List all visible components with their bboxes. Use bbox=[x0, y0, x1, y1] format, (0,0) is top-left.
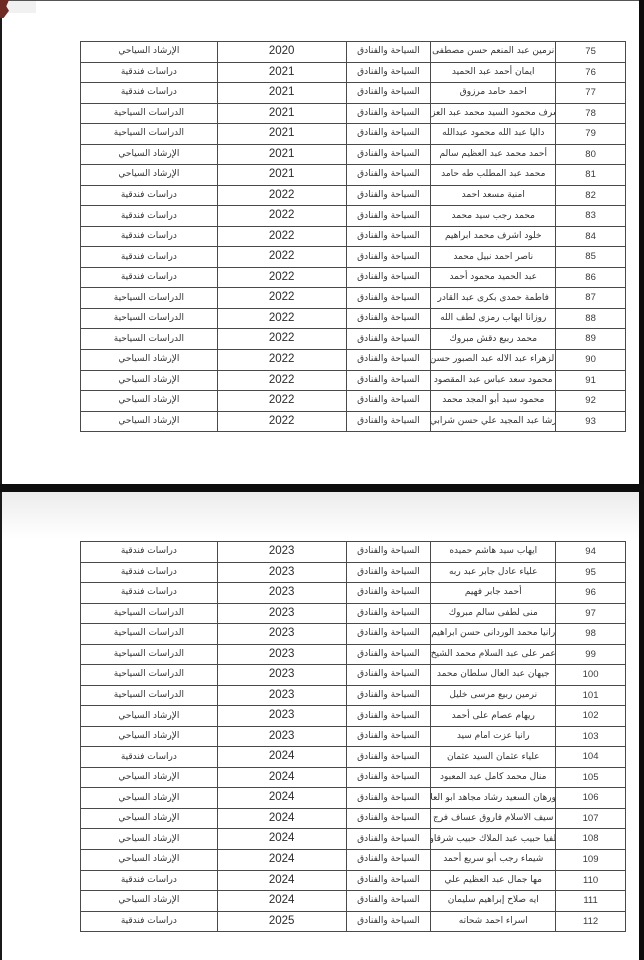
table-row: 105منال محمد كامل عبد المعبودالسياحة وال… bbox=[81, 768, 625, 789]
serial-cell: 85 bbox=[555, 247, 625, 267]
table-row: 87فاطمة حمدى بكرى عبد القادرالسياحة والف… bbox=[81, 288, 625, 309]
serial-cell: 81 bbox=[555, 165, 625, 185]
student-name-cell: محمد رجب سيد محمد bbox=[430, 206, 555, 226]
faculty-cell: السياحة والفنادق bbox=[346, 706, 431, 726]
serial-cell: 94 bbox=[555, 542, 625, 562]
faculty-cell: السياحة والفنادق bbox=[346, 891, 431, 911]
student-name-cell: ايمان أحمد عبد الحميد bbox=[430, 63, 555, 83]
specialty-cell: دراسات فندقية bbox=[81, 912, 217, 932]
student-name-cell: خلود اشرف محمد ابراهيم bbox=[430, 227, 555, 247]
year-cell: 2022 bbox=[217, 186, 346, 206]
student-name-cell: الزهراء عبد الاله عبد الصبور حسن bbox=[430, 350, 555, 370]
specialty-cell: الإرشاد السياحي bbox=[81, 42, 217, 62]
table-row: 100جيهان عبد العال سلطان محمدالسياحة وال… bbox=[81, 665, 625, 686]
table-row: 111ايه صلاح إبراهيم سليمانالسياحة والفنا… bbox=[81, 891, 625, 912]
serial-cell: 103 bbox=[555, 727, 625, 747]
page-top-edge bbox=[0, 0, 644, 1]
year-cell: 2024 bbox=[217, 850, 346, 870]
faculty-cell: السياحة والفنادق bbox=[346, 268, 431, 288]
faculty-cell: السياحة والفنادق bbox=[346, 850, 431, 870]
table-row: 110مها جمال عبد العظيم عليالسياحة والفنا… bbox=[81, 871, 625, 892]
student-name-cell: روزانا ايهاب رمزى لطف الله bbox=[430, 309, 555, 329]
student-name-cell: أحمد محمد عبد العظيم سالم bbox=[430, 145, 555, 165]
serial-cell: 97 bbox=[555, 604, 625, 624]
year-cell: 2023 bbox=[217, 604, 346, 624]
table-row: 88روزانا ايهاب رمزى لطف اللهالسياحة والف… bbox=[81, 309, 625, 330]
faculty-cell: السياحة والفنادق bbox=[346, 604, 431, 624]
faculty-cell: السياحة والفنادق bbox=[346, 165, 431, 185]
faculty-cell: السياحة والفنادق bbox=[346, 391, 431, 411]
student-name-cell: أشرف محمود السيد محمد عبد العزيز bbox=[430, 104, 555, 124]
year-cell: 2022 bbox=[217, 309, 346, 329]
specialty-cell: الدراسات السياحية bbox=[81, 686, 217, 706]
specialty-cell: الدراسات السياحية bbox=[81, 604, 217, 624]
serial-cell: 82 bbox=[555, 186, 625, 206]
specialty-cell: دراسات فندقية bbox=[81, 583, 217, 603]
table-row: 107سيف الاسلام فاروق عساف فرجالسياحة وال… bbox=[81, 809, 625, 830]
year-cell: 2022 bbox=[217, 391, 346, 411]
student-name-cell: منى لطفى سالم مبروك bbox=[430, 604, 555, 624]
year-cell: 2022 bbox=[217, 227, 346, 247]
student-name-cell: جيهان عبد العال سلطان محمد bbox=[430, 665, 555, 685]
table-row: 103رانيا عزت امام سيدالسياحة والفنادق202… bbox=[81, 727, 625, 748]
serial-cell: 101 bbox=[555, 686, 625, 706]
table-row: 93رشا عبد المجيد علي حسن شرابيالسياحة وا… bbox=[81, 412, 625, 432]
graduates-table-upper: 75نرمين عبد المنعم حسن مصطفىالسياحة والف… bbox=[80, 41, 626, 432]
student-name-cell: امنية مسعد احمد bbox=[430, 186, 555, 206]
faculty-cell: السياحة والفنادق bbox=[346, 206, 431, 226]
specialty-cell: الإرشاد السياحي bbox=[81, 145, 217, 165]
table-row: 99عمر على عبد السلام محمد الشيخالسياحة و… bbox=[81, 645, 625, 666]
specialty-cell: الإرشاد السياحي bbox=[81, 829, 217, 849]
specialty-cell: الإرشاد السياحي bbox=[81, 371, 217, 391]
faculty-cell: السياحة والفنادق bbox=[346, 542, 431, 562]
student-name-cell: سلفيا حبيب عبد الملاك حبيب شرقاوى bbox=[430, 829, 555, 849]
serial-cell: 96 bbox=[555, 583, 625, 603]
student-name-cell: محمود سعد عباس عبد المقصود bbox=[430, 371, 555, 391]
specialty-cell: دراسات فندقية bbox=[81, 83, 217, 103]
serial-cell: 79 bbox=[555, 124, 625, 144]
faculty-cell: السياحة والفنادق bbox=[346, 809, 431, 829]
faculty-cell: السياحة والفنادق bbox=[346, 63, 431, 83]
student-name-cell: اسراء احمد شحاته bbox=[430, 912, 555, 932]
table-row: 78أشرف محمود السيد محمد عبد العزيزالسياح… bbox=[81, 104, 625, 125]
table-row: 102ريهام عصام على أحمدالسياحة والفنادق20… bbox=[81, 706, 625, 727]
faculty-cell: السياحة والفنادق bbox=[346, 768, 431, 788]
faculty-cell: السياحة والفنادق bbox=[346, 747, 431, 767]
serial-cell: 100 bbox=[555, 665, 625, 685]
year-cell: 2021 bbox=[217, 165, 346, 185]
student-name-cell: رانيا عزت امام سيد bbox=[430, 727, 555, 747]
year-cell: 2024 bbox=[217, 768, 346, 788]
table-row: 80أحمد محمد عبد العظيم سالمالسياحة والفن… bbox=[81, 145, 625, 166]
faculty-cell: السياحة والفنادق bbox=[346, 665, 431, 685]
serial-cell: 98 bbox=[555, 624, 625, 644]
specialty-cell: الإرشاد السياحي bbox=[81, 412, 217, 432]
specialty-cell: دراسات فندقية bbox=[81, 186, 217, 206]
serial-cell: 78 bbox=[555, 104, 625, 124]
year-cell: 2024 bbox=[217, 891, 346, 911]
student-name-cell: ريهام عصام على أحمد bbox=[430, 706, 555, 726]
serial-cell: 77 bbox=[555, 83, 625, 103]
specialty-cell: الدراسات السياحية bbox=[81, 624, 217, 644]
faculty-cell: السياحة والفنادق bbox=[346, 788, 431, 808]
year-cell: 2021 bbox=[217, 63, 346, 83]
faculty-cell: السياحة والفنادق bbox=[346, 329, 431, 349]
specialty-cell: الإرشاد السياحي bbox=[81, 850, 217, 870]
serial-cell: 87 bbox=[555, 288, 625, 308]
year-cell: 2022 bbox=[217, 268, 346, 288]
specialty-cell: الدراسات السياحية bbox=[81, 645, 217, 665]
specialty-cell: الإرشاد السياحي bbox=[81, 350, 217, 370]
table-row: 112اسراء احمد شحاتهالسياحة والفنادق2025د… bbox=[81, 912, 625, 932]
student-name-cell: منال محمد كامل عبد المعبود bbox=[430, 768, 555, 788]
faculty-cell: السياحة والفنادق bbox=[346, 83, 431, 103]
serial-cell: 105 bbox=[555, 768, 625, 788]
table-row: 92محمود سيد أبو المجد محمدالسياحة والفنا… bbox=[81, 391, 625, 412]
year-cell: 2023 bbox=[217, 686, 346, 706]
table-row: 95علياء عادل جابر عبد ربهالسياحة والفناد… bbox=[81, 563, 625, 584]
year-cell: 2023 bbox=[217, 665, 346, 685]
serial-cell: 92 bbox=[555, 391, 625, 411]
faculty-cell: السياحة والفنادق bbox=[346, 624, 431, 644]
faculty-cell: السياحة والفنادق bbox=[346, 124, 431, 144]
year-cell: 2022 bbox=[217, 329, 346, 349]
student-name-cell: احمد حامد مرزوق bbox=[430, 83, 555, 103]
faculty-cell: السياحة والفنادق bbox=[346, 104, 431, 124]
specialty-cell: الإرشاد السياحي bbox=[81, 891, 217, 911]
table-row: 106نورهان السعيد رشاد مجاهد ابو العلاالس… bbox=[81, 788, 625, 809]
serial-cell: 111 bbox=[555, 891, 625, 911]
year-cell: 2024 bbox=[217, 747, 346, 767]
specialty-cell: الدراسات السياحية bbox=[81, 665, 217, 685]
table-row: 104علياء عثمان السيد عثمانالسياحة والفنا… bbox=[81, 747, 625, 768]
faculty-cell: السياحة والفنادق bbox=[346, 288, 431, 308]
faculty-cell: السياحة والفنادق bbox=[346, 645, 431, 665]
table-row: 75نرمين عبد المنعم حسن مصطفىالسياحة والف… bbox=[81, 42, 625, 63]
year-cell: 2022 bbox=[217, 412, 346, 432]
faculty-cell: السياحة والفنادق bbox=[346, 371, 431, 391]
faculty-cell: السياحة والفنادق bbox=[346, 186, 431, 206]
table-row: 94ايهاب سيد هاشم حميدهالسياحة والفنادق20… bbox=[81, 542, 625, 563]
faculty-cell: السياحة والفنادق bbox=[346, 829, 431, 849]
serial-cell: 90 bbox=[555, 350, 625, 370]
serial-cell: 106 bbox=[555, 788, 625, 808]
specialty-cell: دراسات فندقية bbox=[81, 268, 217, 288]
serial-cell: 107 bbox=[555, 809, 625, 829]
year-cell: 2022 bbox=[217, 350, 346, 370]
year-cell: 2023 bbox=[217, 563, 346, 583]
serial-cell: 99 bbox=[555, 645, 625, 665]
student-name-cell: رانيا محمد الوردانى حسن ابراهيم bbox=[430, 624, 555, 644]
serial-cell: 104 bbox=[555, 747, 625, 767]
table-row: 76ايمان أحمد عبد الحميدالسياحة والفنادق2… bbox=[81, 63, 625, 84]
specialty-cell: دراسات فندقية bbox=[81, 227, 217, 247]
faculty-cell: السياحة والفنادق bbox=[346, 309, 431, 329]
serial-cell: 95 bbox=[555, 563, 625, 583]
student-name-cell: عبد الحميد محمود أحمد bbox=[430, 268, 555, 288]
table-row: 79داليا عبد الله محمود عبداللهالسياحة وا… bbox=[81, 124, 625, 145]
table-row: 96أحمد جابر فهيمالسياحة والفنادق2023دراس… bbox=[81, 583, 625, 604]
year-cell: 2023 bbox=[217, 645, 346, 665]
year-cell: 2022 bbox=[217, 288, 346, 308]
faculty-cell: السياحة والفنادق bbox=[346, 227, 431, 247]
table-row: 89محمد ربيع دقش مبروكالسياحة والفنادق202… bbox=[81, 329, 625, 350]
specialty-cell: دراسات فندقية bbox=[81, 63, 217, 83]
table-row: 85ناصر احمد نبيل محمدالسياحة والفنادق202… bbox=[81, 247, 625, 268]
faculty-cell: السياحة والفنادق bbox=[346, 727, 431, 747]
year-cell: 2022 bbox=[217, 371, 346, 391]
student-name-cell: داليا عبد الله محمود عبدالله bbox=[430, 124, 555, 144]
faculty-cell: السياحة والفنادق bbox=[346, 350, 431, 370]
table-row: 98رانيا محمد الوردانى حسن ابراهيمالسياحة… bbox=[81, 624, 625, 645]
specialty-cell: دراسات فندقية bbox=[81, 747, 217, 767]
serial-cell: 83 bbox=[555, 206, 625, 226]
serial-cell: 86 bbox=[555, 268, 625, 288]
specialty-cell: دراسات فندقية bbox=[81, 206, 217, 226]
serial-cell: 80 bbox=[555, 145, 625, 165]
student-name-cell: فاطمة حمدى بكرى عبد القادر bbox=[430, 288, 555, 308]
faculty-cell: السياحة والفنادق bbox=[346, 412, 431, 432]
specialty-cell: دراسات فندقية bbox=[81, 871, 217, 891]
student-name-cell: شيماء رجب أبو سريع أحمد bbox=[430, 850, 555, 870]
serial-cell: 84 bbox=[555, 227, 625, 247]
specialty-cell: الإرشاد السياحي bbox=[81, 706, 217, 726]
specialty-cell: الدراسات السياحية bbox=[81, 309, 217, 329]
specialty-cell: الدراسات السياحية bbox=[81, 329, 217, 349]
specialty-cell: دراسات فندقية bbox=[81, 247, 217, 267]
student-name-cell: نرمين ربيع مرسى خليل bbox=[430, 686, 555, 706]
specialty-cell: الإرشاد السياحي bbox=[81, 165, 217, 185]
faculty-cell: السياحة والفنادق bbox=[346, 871, 431, 891]
specialty-cell: الإرشاد السياحي bbox=[81, 768, 217, 788]
student-name-cell: علياء عادل جابر عبد ربه bbox=[430, 563, 555, 583]
serial-cell: 102 bbox=[555, 706, 625, 726]
table-row: 97منى لطفى سالم مبروكالسياحة والفنادق202… bbox=[81, 604, 625, 625]
year-cell: 2023 bbox=[217, 583, 346, 603]
serial-cell: 110 bbox=[555, 871, 625, 891]
student-name-cell: عمر على عبد السلام محمد الشيخ bbox=[430, 645, 555, 665]
specialty-cell: الإرشاد السياحي bbox=[81, 727, 217, 747]
scanned-document-canvas: 75نرمين عبد المنعم حسن مصطفىالسياحة والف… bbox=[0, 0, 644, 960]
faculty-cell: السياحة والفنادق bbox=[346, 247, 431, 267]
student-name-cell: محمد ربيع دقش مبروك bbox=[430, 329, 555, 349]
student-name-cell: نرمين عبد المنعم حسن مصطفى bbox=[430, 42, 555, 62]
page-right-edge bbox=[639, 0, 644, 960]
specialty-cell: دراسات فندقية bbox=[81, 563, 217, 583]
table-row: 108سلفيا حبيب عبد الملاك حبيب شرقاوىالسي… bbox=[81, 829, 625, 850]
serial-cell: 112 bbox=[555, 912, 625, 932]
student-name-cell: ايهاب سيد هاشم حميده bbox=[430, 542, 555, 562]
lower-page-top-shadow bbox=[2, 492, 639, 538]
year-cell: 2021 bbox=[217, 145, 346, 165]
table-row: 101نرمين ربيع مرسى خليلالسياحة والفنادق2… bbox=[81, 686, 625, 707]
year-cell: 2023 bbox=[217, 706, 346, 726]
specialty-cell: الإرشاد السياحي bbox=[81, 391, 217, 411]
year-cell: 2024 bbox=[217, 871, 346, 891]
student-name-cell: محمود سيد أبو المجد محمد bbox=[430, 391, 555, 411]
year-cell: 2021 bbox=[217, 124, 346, 144]
page-left-edge bbox=[0, 0, 2, 960]
year-cell: 2021 bbox=[217, 83, 346, 103]
serial-cell: 89 bbox=[555, 329, 625, 349]
year-cell: 2023 bbox=[217, 727, 346, 747]
serial-cell: 93 bbox=[555, 412, 625, 432]
serial-cell: 91 bbox=[555, 371, 625, 391]
corner-scan-mark bbox=[0, 0, 9, 18]
specialty-cell: الدراسات السياحية bbox=[81, 104, 217, 124]
faculty-cell: السياحة والفنادق bbox=[346, 686, 431, 706]
specialty-cell: الإرشاد السياحي bbox=[81, 788, 217, 808]
student-name-cell: رشا عبد المجيد علي حسن شرابي bbox=[430, 412, 555, 432]
year-cell: 2021 bbox=[217, 104, 346, 124]
specialty-cell: الإرشاد السياحي bbox=[81, 809, 217, 829]
student-name-cell: مها جمال عبد العظيم علي bbox=[430, 871, 555, 891]
year-cell: 2020 bbox=[217, 42, 346, 62]
serial-cell: 88 bbox=[555, 309, 625, 329]
graduates-table-lower: 94ايهاب سيد هاشم حميدهالسياحة والفنادق20… bbox=[80, 541, 626, 932]
table-row: 90الزهراء عبد الاله عبد الصبور حسنالسياح… bbox=[81, 350, 625, 371]
student-name-cell: ايه صلاح إبراهيم سليمان bbox=[430, 891, 555, 911]
table-row: 83محمد رجب سيد محمدالسياحة والفنادق2022د… bbox=[81, 206, 625, 227]
year-cell: 2024 bbox=[217, 788, 346, 808]
year-cell: 2022 bbox=[217, 247, 346, 267]
year-cell: 2024 bbox=[217, 829, 346, 849]
student-name-cell: نورهان السعيد رشاد مجاهد ابو العلا bbox=[430, 788, 555, 808]
table-row: 84خلود اشرف محمد ابراهيمالسياحة والفنادق… bbox=[81, 227, 625, 248]
student-name-cell: سيف الاسلام فاروق عساف فرج bbox=[430, 809, 555, 829]
table-row: 82امنية مسعد احمدالسياحة والفنادق2022درا… bbox=[81, 186, 625, 207]
year-cell: 2024 bbox=[217, 809, 346, 829]
serial-cell: 75 bbox=[555, 42, 625, 62]
serial-cell: 76 bbox=[555, 63, 625, 83]
year-cell: 2023 bbox=[217, 624, 346, 644]
student-name-cell: محمد عبد المطلب طه حامد bbox=[430, 165, 555, 185]
table-row: 86عبد الحميد محمود أحمدالسياحة والفنادق2… bbox=[81, 268, 625, 289]
faculty-cell: السياحة والفنادق bbox=[346, 145, 431, 165]
specialty-cell: الدراسات السياحية bbox=[81, 288, 217, 308]
table-row: 91محمود سعد عباس عبد المقصودالسياحة والف… bbox=[81, 371, 625, 392]
year-cell: 2022 bbox=[217, 206, 346, 226]
student-name-cell: ناصر احمد نبيل محمد bbox=[430, 247, 555, 267]
faculty-cell: السياحة والفنادق bbox=[346, 912, 431, 932]
student-name-cell: أحمد جابر فهيم bbox=[430, 583, 555, 603]
student-name-cell: علياء عثمان السيد عثمان bbox=[430, 747, 555, 767]
specialty-cell: الدراسات السياحية bbox=[81, 124, 217, 144]
table-row: 81محمد عبد المطلب طه حامدالسياحة والفناد… bbox=[81, 165, 625, 186]
page-divider-band bbox=[0, 484, 644, 492]
faculty-cell: السياحة والفنادق bbox=[346, 563, 431, 583]
specialty-cell: دراسات فندقية bbox=[81, 542, 217, 562]
faculty-cell: السياحة والفنادق bbox=[346, 583, 431, 603]
serial-cell: 109 bbox=[555, 850, 625, 870]
table-row: 77احمد حامد مرزوقالسياحة والفنادق2021درا… bbox=[81, 83, 625, 104]
year-cell: 2023 bbox=[217, 542, 346, 562]
serial-cell: 108 bbox=[555, 829, 625, 849]
table-row: 109شيماء رجب أبو سريع أحمدالسياحة والفنا… bbox=[81, 850, 625, 871]
faculty-cell: السياحة والفنادق bbox=[346, 42, 431, 62]
year-cell: 2025 bbox=[217, 912, 346, 932]
